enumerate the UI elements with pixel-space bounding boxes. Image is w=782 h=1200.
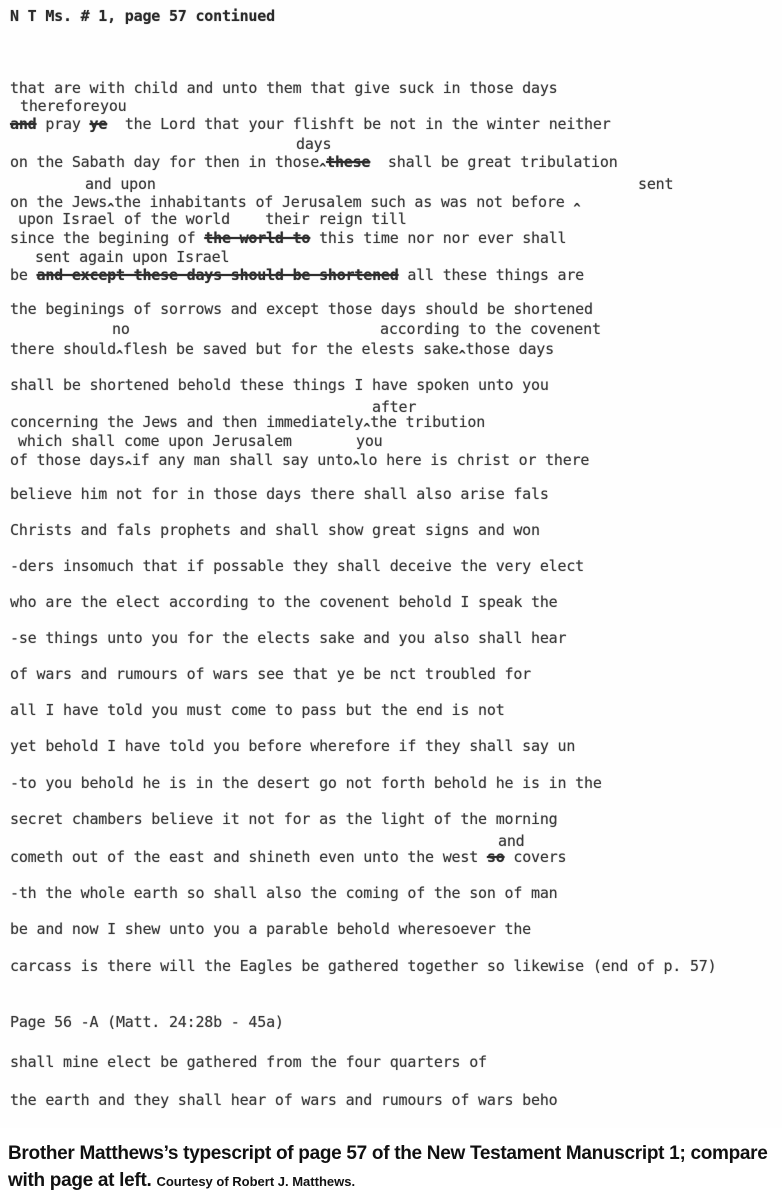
typed-text: -ders insomuch that if possable they sha…: [10, 557, 584, 575]
typescript-line: be and except these days should be short…: [10, 267, 584, 284]
typed-text: of those days: [10, 451, 125, 469]
typescript-line: sent again upon Israel: [35, 249, 229, 266]
struck-out-text: ye: [90, 115, 108, 133]
typescript-line: you: [356, 433, 383, 450]
typescript-line: secret chambers believe it not for as th…: [10, 811, 558, 828]
typescript-line: of wars and rumours of wars see that ye …: [10, 666, 531, 683]
insertion-caret: ^: [116, 347, 123, 364]
typed-text: on the Jews: [10, 193, 107, 211]
typed-text: sent: [638, 175, 673, 193]
typed-text: shall be great tribulation: [370, 153, 617, 171]
typed-text: that are with child and unto them that g…: [10, 79, 558, 97]
typed-text: there should: [10, 340, 116, 358]
typescript-line: yet behold I have told you before wheref…: [10, 738, 575, 755]
typescript-line: -to you behold he is in the desert go no…: [10, 775, 602, 792]
typed-text: believe him not for in those days there …: [10, 485, 549, 503]
typed-text: and upon: [85, 175, 156, 193]
typescript-line: Christs and fals prophets and shall show…: [10, 522, 540, 539]
typed-text: secret chambers believe it not for as th…: [10, 810, 558, 828]
typescript-line: that are with child and unto them that g…: [10, 80, 558, 97]
typescript-line: no: [112, 321, 130, 338]
typescript-scan: N T Ms. # 1, page 57 continued that are …: [0, 0, 782, 1128]
typescript-line: be and now I shew unto you a parable beh…: [10, 921, 531, 938]
typescript-line: and upon: [85, 176, 156, 193]
typed-text: no: [112, 320, 130, 338]
typed-text: cometh out of the east and shineth even …: [10, 848, 487, 866]
typed-text: flesh be saved but for the elests sake: [123, 340, 459, 358]
typescript-line: shall be shortened behold these things I…: [10, 377, 549, 394]
struck-out-text: so: [487, 848, 505, 866]
typescript-line: cometh out of the east and shineth even …: [10, 849, 566, 866]
typescript-line: -se things unto you for the elects sake …: [10, 630, 566, 647]
typed-text: -se things unto you for the elects sake …: [10, 629, 566, 647]
typed-text: this time nor nor ever shall: [310, 229, 566, 247]
typed-text: lo here is christ or there: [360, 451, 590, 469]
typed-text: on the Sabath day for then in those: [10, 153, 319, 171]
typed-text: be and now I shew unto you a parable beh…: [10, 920, 531, 938]
typescript-line: who are the elect according to the coven…: [10, 594, 558, 611]
caption-credit: Courtesy of Robert J. Matthews.: [156, 1174, 355, 1189]
typed-text: the earth and they shall hear of wars an…: [10, 1091, 558, 1109]
typed-text: yet behold I have told you before wheref…: [10, 737, 575, 755]
insertion-caret: ^: [573, 200, 580, 217]
typed-text: Page 56 -A (Matt. 24:28b - 45a): [10, 1013, 284, 1031]
typed-text: you: [100, 97, 127, 115]
typed-text: concerning the Jews and then immediately: [10, 413, 363, 431]
typescript-line: upon Israel of the world their reign til…: [18, 211, 407, 228]
typescript-line: of those days^if any man shall say unto^…: [10, 452, 589, 470]
typed-text: the beginings of sorrows and except thos…: [10, 300, 593, 318]
typed-text: the Lord that your flishft be not in the…: [107, 115, 610, 133]
typed-text: all I have told you must come to pass bu…: [10, 701, 505, 719]
struck-out-text: and except these days should be shortene…: [37, 266, 399, 284]
typed-text: the inhabitants of Jerusalem such as was…: [114, 193, 573, 211]
typed-text: the tribution: [370, 413, 485, 431]
typed-text: carcass is there will the Eagles be gath…: [10, 957, 716, 975]
typescript-line: there should^flesh be saved but for the …: [10, 341, 554, 359]
typescript-line: days: [296, 136, 331, 153]
typescript-line: carcass is there will the Eagles be gath…: [10, 958, 716, 975]
typescript-line: and pray ye the Lord that your flishft b…: [10, 116, 611, 133]
typescript-line: believe him not for in those days there …: [10, 486, 549, 503]
insertion-caret: ^: [319, 160, 326, 177]
typescript-line: according to the covenent: [380, 321, 601, 338]
typed-text: therefore: [20, 97, 99, 115]
typed-text: of wars and rumours of wars see that ye …: [10, 665, 531, 683]
typed-text: since the begining of: [10, 229, 204, 247]
typescript-line: the beginings of sorrows and except thos…: [10, 301, 593, 318]
typescript-line: shall mine elect be gathered from the fo…: [10, 1054, 487, 1071]
typed-text: pray: [37, 115, 90, 133]
typed-text: those days: [466, 340, 554, 358]
typed-text: covers: [505, 848, 567, 866]
document-page: N T Ms. # 1, page 57 continued that are …: [0, 0, 782, 1200]
struck-out-text: and: [10, 115, 37, 133]
typed-text: sent again upon Israel: [35, 248, 229, 266]
typescript-line: on the Sabath day for then in those^thes…: [10, 154, 618, 172]
typescript-line: -ders insomuch that if possable they sha…: [10, 558, 584, 575]
typescript-line: -th the whole earth so shall also the co…: [10, 885, 558, 902]
insertion-caret: ^: [353, 458, 360, 475]
typed-text: be: [10, 266, 37, 284]
typed-text: shall mine elect be gathered from the fo…: [10, 1053, 487, 1071]
caption-text: Brother Matthews’s typescript of page 57…: [8, 1143, 768, 1191]
typescript-line: which shall come upon Jerusalem: [18, 433, 292, 450]
typed-text: -th the whole earth so shall also the co…: [10, 884, 558, 902]
insertion-caret: ^: [125, 458, 132, 475]
typed-text: Christs and fals prophets and shall show…: [10, 521, 540, 539]
typed-text: which shall come upon Jerusalem: [18, 432, 292, 450]
typed-text: shall be shortened behold these things I…: [10, 376, 549, 394]
typed-text: according to the covenent: [380, 320, 601, 338]
insertion-caret: ^: [459, 347, 466, 364]
typescript-line: sent: [638, 176, 673, 193]
typescript-line: all I have told you must come to pass bu…: [10, 702, 505, 719]
typescript-line: concerning the Jews and then immediately…: [10, 414, 485, 432]
typescript-line: therefore: [20, 98, 99, 115]
typescript-line: Page 56 -A (Matt. 24:28b - 45a): [10, 1014, 284, 1031]
typed-text: -to you behold he is in the desert go no…: [10, 774, 602, 792]
typescript-line: since the begining of the world to this …: [10, 230, 566, 247]
struck-out-text: these: [326, 153, 370, 171]
typed-text: all these things are: [399, 266, 584, 284]
struck-out-text: the world to: [204, 229, 310, 247]
typed-text: if any man shall say unto: [132, 451, 353, 469]
typed-text: days: [296, 135, 331, 153]
typed-text: who are the elect according to the coven…: [10, 593, 558, 611]
typescript-line: the earth and they shall hear of wars an…: [10, 1092, 558, 1109]
typed-text: you: [356, 432, 383, 450]
typed-text: upon Israel of the world their reign til…: [18, 210, 407, 228]
typescript-line: you: [100, 98, 127, 115]
manuscript-header: N T Ms. # 1, page 57 continued: [10, 8, 275, 25]
figure-caption: Brother Matthews’s typescript of page 57…: [8, 1140, 776, 1195]
